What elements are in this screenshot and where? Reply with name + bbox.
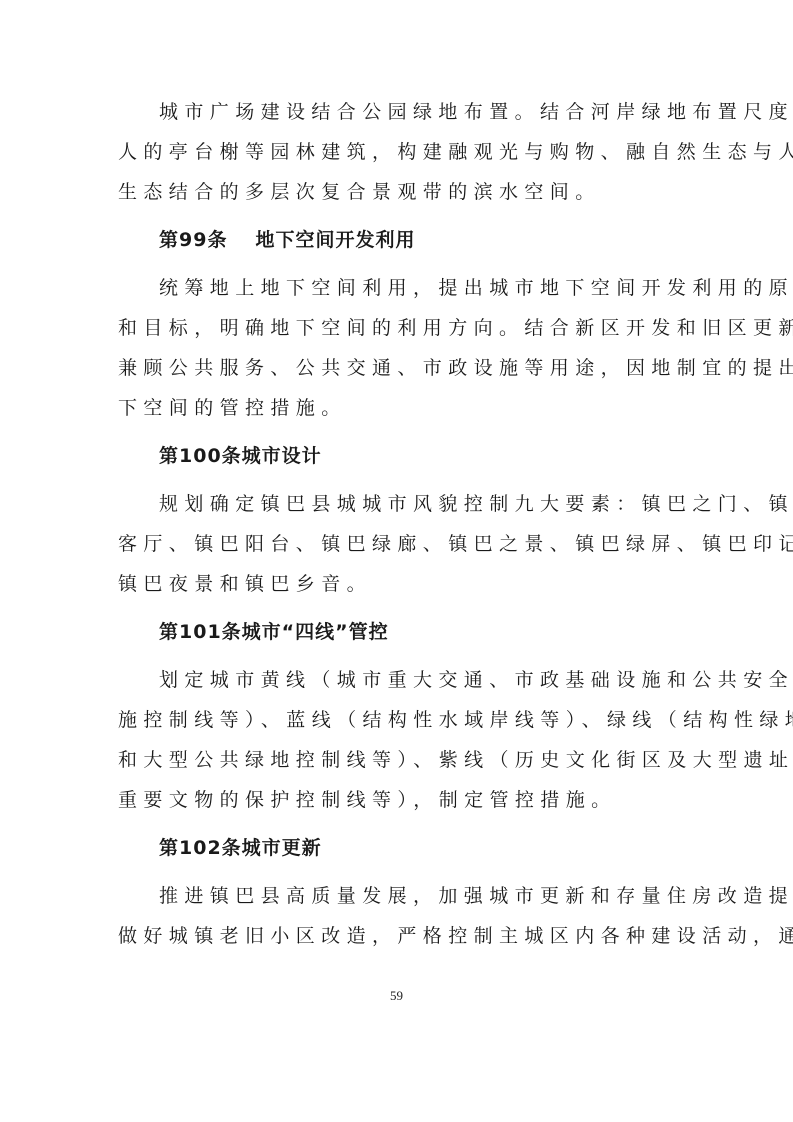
heading-title: 地下空间开发利用 <box>255 229 415 251</box>
page-number: 59 <box>0 988 793 1004</box>
section-heading-102: 第102条城市更新 <box>118 828 680 868</box>
document-page: 城市广场建设结合公园绿地布置。结合河岸绿地布置尺度宜 人的亭台榭等园林建筑，构建… <box>118 92 680 956</box>
section-heading-100: 第100条城市设计 <box>118 436 680 476</box>
heading-number: 第99条 <box>159 229 227 251</box>
section-heading-99: 第99条地下空间开发利用 <box>118 220 680 260</box>
paragraph-line: 和目标，明确地下空间的利用方向。结合新区开发和旧区更新， <box>118 308 680 348</box>
paragraph-line: 城市广场建设结合公园绿地布置。结合河岸绿地布置尺度宜 <box>118 92 680 132</box>
paragraph-line: 划定城市黄线（城市重大交通、市政基础设施和公共安全设 <box>118 660 680 700</box>
paragraph-line: 施控制线等）、蓝线（结构性水域岸线等）、绿线（结构性绿地 <box>118 700 680 740</box>
paragraph-line: 客厅、镇巴阳台、镇巴绿廊、镇巴之景、镇巴绿屏、镇巴印记、 <box>118 524 680 564</box>
paragraph-line: 重要文物的保护控制线等），制定管控措施。 <box>118 780 680 820</box>
paragraph-line: 兼顾公共服务、公共交通、市政设施等用途，因地制宜的提出地 <box>118 348 680 388</box>
paragraph-line: 生态结合的多层次复合景观带的滨水空间。 <box>118 172 680 212</box>
paragraph-line: 推进镇巴县高质量发展，加强城市更新和存量住房改造提升， <box>118 876 680 916</box>
paragraph-line: 下空间的管控措施。 <box>118 388 680 428</box>
paragraph-line: 镇巴夜景和镇巴乡音。 <box>118 564 680 604</box>
paragraph-line: 和大型公共绿地控制线等）、紫线（历史文化街区及大型遗址、 <box>118 740 680 780</box>
paragraph-line: 人的亭台榭等园林建筑，构建融观光与购物、融自然生态与人文 <box>118 132 680 172</box>
paragraph-line: 统筹地上地下空间利用，提出城市地下空间开发利用的原则 <box>118 268 680 308</box>
paragraph-line: 做好城镇老旧小区改造，严格控制主城区内各种建设活动，通过 <box>118 916 680 956</box>
section-heading-101: 第101条城市“四线”管控 <box>118 612 680 652</box>
paragraph-line: 规划确定镇巴县城城市风貌控制九大要素：镇巴之门、镇巴 <box>118 484 680 524</box>
